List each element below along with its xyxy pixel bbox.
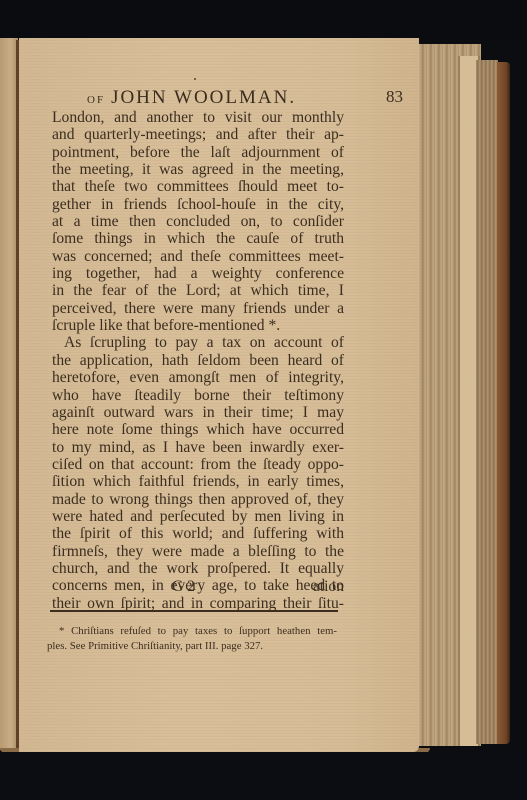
text-line: pointment, before the laſt adjournment o…	[52, 144, 344, 161]
page-speck	[194, 78, 196, 80]
text-line: here note ſome things which have occurre…	[52, 421, 344, 438]
text-line: heretofore, even amongſt men of integrit…	[52, 369, 344, 386]
text-line: to my mind, as I have been inwardly exer…	[52, 439, 344, 456]
text-line: ciſed on that account: from the ſteady o…	[52, 456, 344, 473]
text-line: ſcruple like that before-mentioned *.	[52, 317, 344, 334]
text-line: perceived, there were many friends under…	[52, 300, 344, 317]
leather-cover	[497, 62, 510, 744]
footnote-separator	[50, 610, 338, 612]
text-line: at a time then concluded on, to conſider	[52, 213, 344, 230]
text-line: ing together, had a weighty conference	[52, 265, 344, 282]
text-line: ſition which faithful friends, in early …	[52, 473, 344, 490]
text-line: and quarterly-meetings; and after their …	[52, 126, 344, 143]
text-line: made to wrong things then approved of, t…	[52, 491, 344, 508]
text-line: was concerned; and theſe committees meet…	[52, 248, 344, 265]
text-line: London, and another to visit our monthly	[52, 109, 344, 126]
text-line: church, and the work proſpered. It equal…	[52, 560, 344, 577]
text-line: As ſcrupling to pay a tax on account of	[52, 334, 344, 351]
text-line: who have ſteadily borne their teſtimony	[52, 387, 344, 404]
page-edges-outer	[476, 60, 498, 744]
text-line: firmneſs, they were made a bleſſing to t…	[52, 543, 344, 560]
header-prefix: OF	[87, 94, 105, 106]
text-line: the ſpirit of this world; and ſuffering …	[52, 525, 344, 542]
body-text: London, and another to visit our monthly…	[52, 109, 344, 612]
text-line: were hated and perſecuted by men living …	[52, 508, 344, 525]
text-line: the meeting, it was agreed in the meetin…	[52, 161, 344, 178]
bottom-background	[0, 752, 527, 800]
catchword: ation	[313, 578, 344, 596]
header-title: JOHN WOOLMAN.	[111, 87, 296, 108]
text-line: againſt outward wars in their time; I ma…	[52, 404, 344, 421]
top-background	[0, 0, 527, 40]
signature-mark: G 2	[172, 578, 195, 596]
footnote-line: ples. See Primitive Chriſtianity, part I…	[47, 639, 337, 654]
text-line: the application, hath ſeldom been heard …	[52, 352, 344, 369]
catchword-line: G 2 ation	[52, 578, 344, 596]
page-number: 83	[386, 87, 403, 107]
running-header: OFJOHN WOOLMAN. 83	[87, 87, 417, 107]
text-line: ſome things in which the cauſe of truth	[52, 230, 344, 247]
text-line: gether in friends ſchool-houſe in the ci…	[52, 196, 344, 213]
text-line: in the fear of the Lord; at which time, …	[52, 282, 344, 299]
footnote-line: * Chriſtians refuſed to pay taxes to ſup…	[47, 624, 337, 639]
footnote: * Chriſtians refuſed to pay taxes to ſup…	[47, 624, 337, 654]
text-line: that theſe two committees ſhould meet to…	[52, 178, 344, 195]
